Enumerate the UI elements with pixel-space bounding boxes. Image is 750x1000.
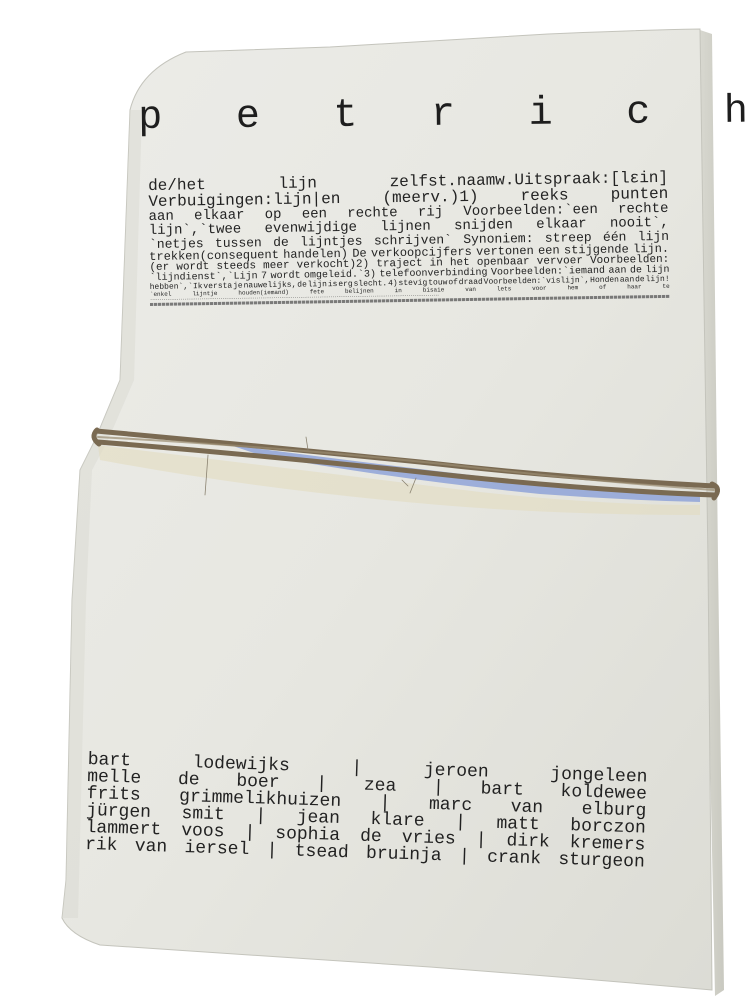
contributor-list: bartlodewijks|jeroenjongeleenmelledeboer… [85,752,648,872]
contributor-name-word: sturgeon [558,852,645,872]
contributor-name-word: van [135,839,168,857]
separator: | [459,849,470,866]
contributor-name-word: iersel [184,840,249,859]
cover-title: p e t r i c h o r . 4 [138,90,698,141]
definition-word: hem [567,285,578,291]
contributor-name-word: tsead [294,844,349,863]
definition-word: van [465,287,476,293]
separator: | [266,843,277,860]
contributor-name-word: bruinja [366,846,442,865]
definition-word: haar [627,284,641,290]
contributor-name-word: rik [85,837,118,855]
definition-word: voor [532,286,546,292]
separator: | [351,760,362,777]
definition-word: is [328,281,338,289]
photo-scene: p e t r i c h o r . 4 de/hetlijnzelfst.n… [0,0,750,1000]
definition-word: of [599,285,606,291]
definition-word: of [448,279,458,287]
separator: | [475,832,486,849]
contributor-name-word: crank [487,850,542,869]
definition-word: de [297,282,307,290]
separator: | [255,808,266,825]
separator: | [455,815,466,832]
definition-word: te [662,284,669,290]
dictionary-definition: de/hetlijnzelfst.naamw.Uitspraak:[lɛin]V… [148,170,670,306]
definition-word: lets [497,286,511,292]
